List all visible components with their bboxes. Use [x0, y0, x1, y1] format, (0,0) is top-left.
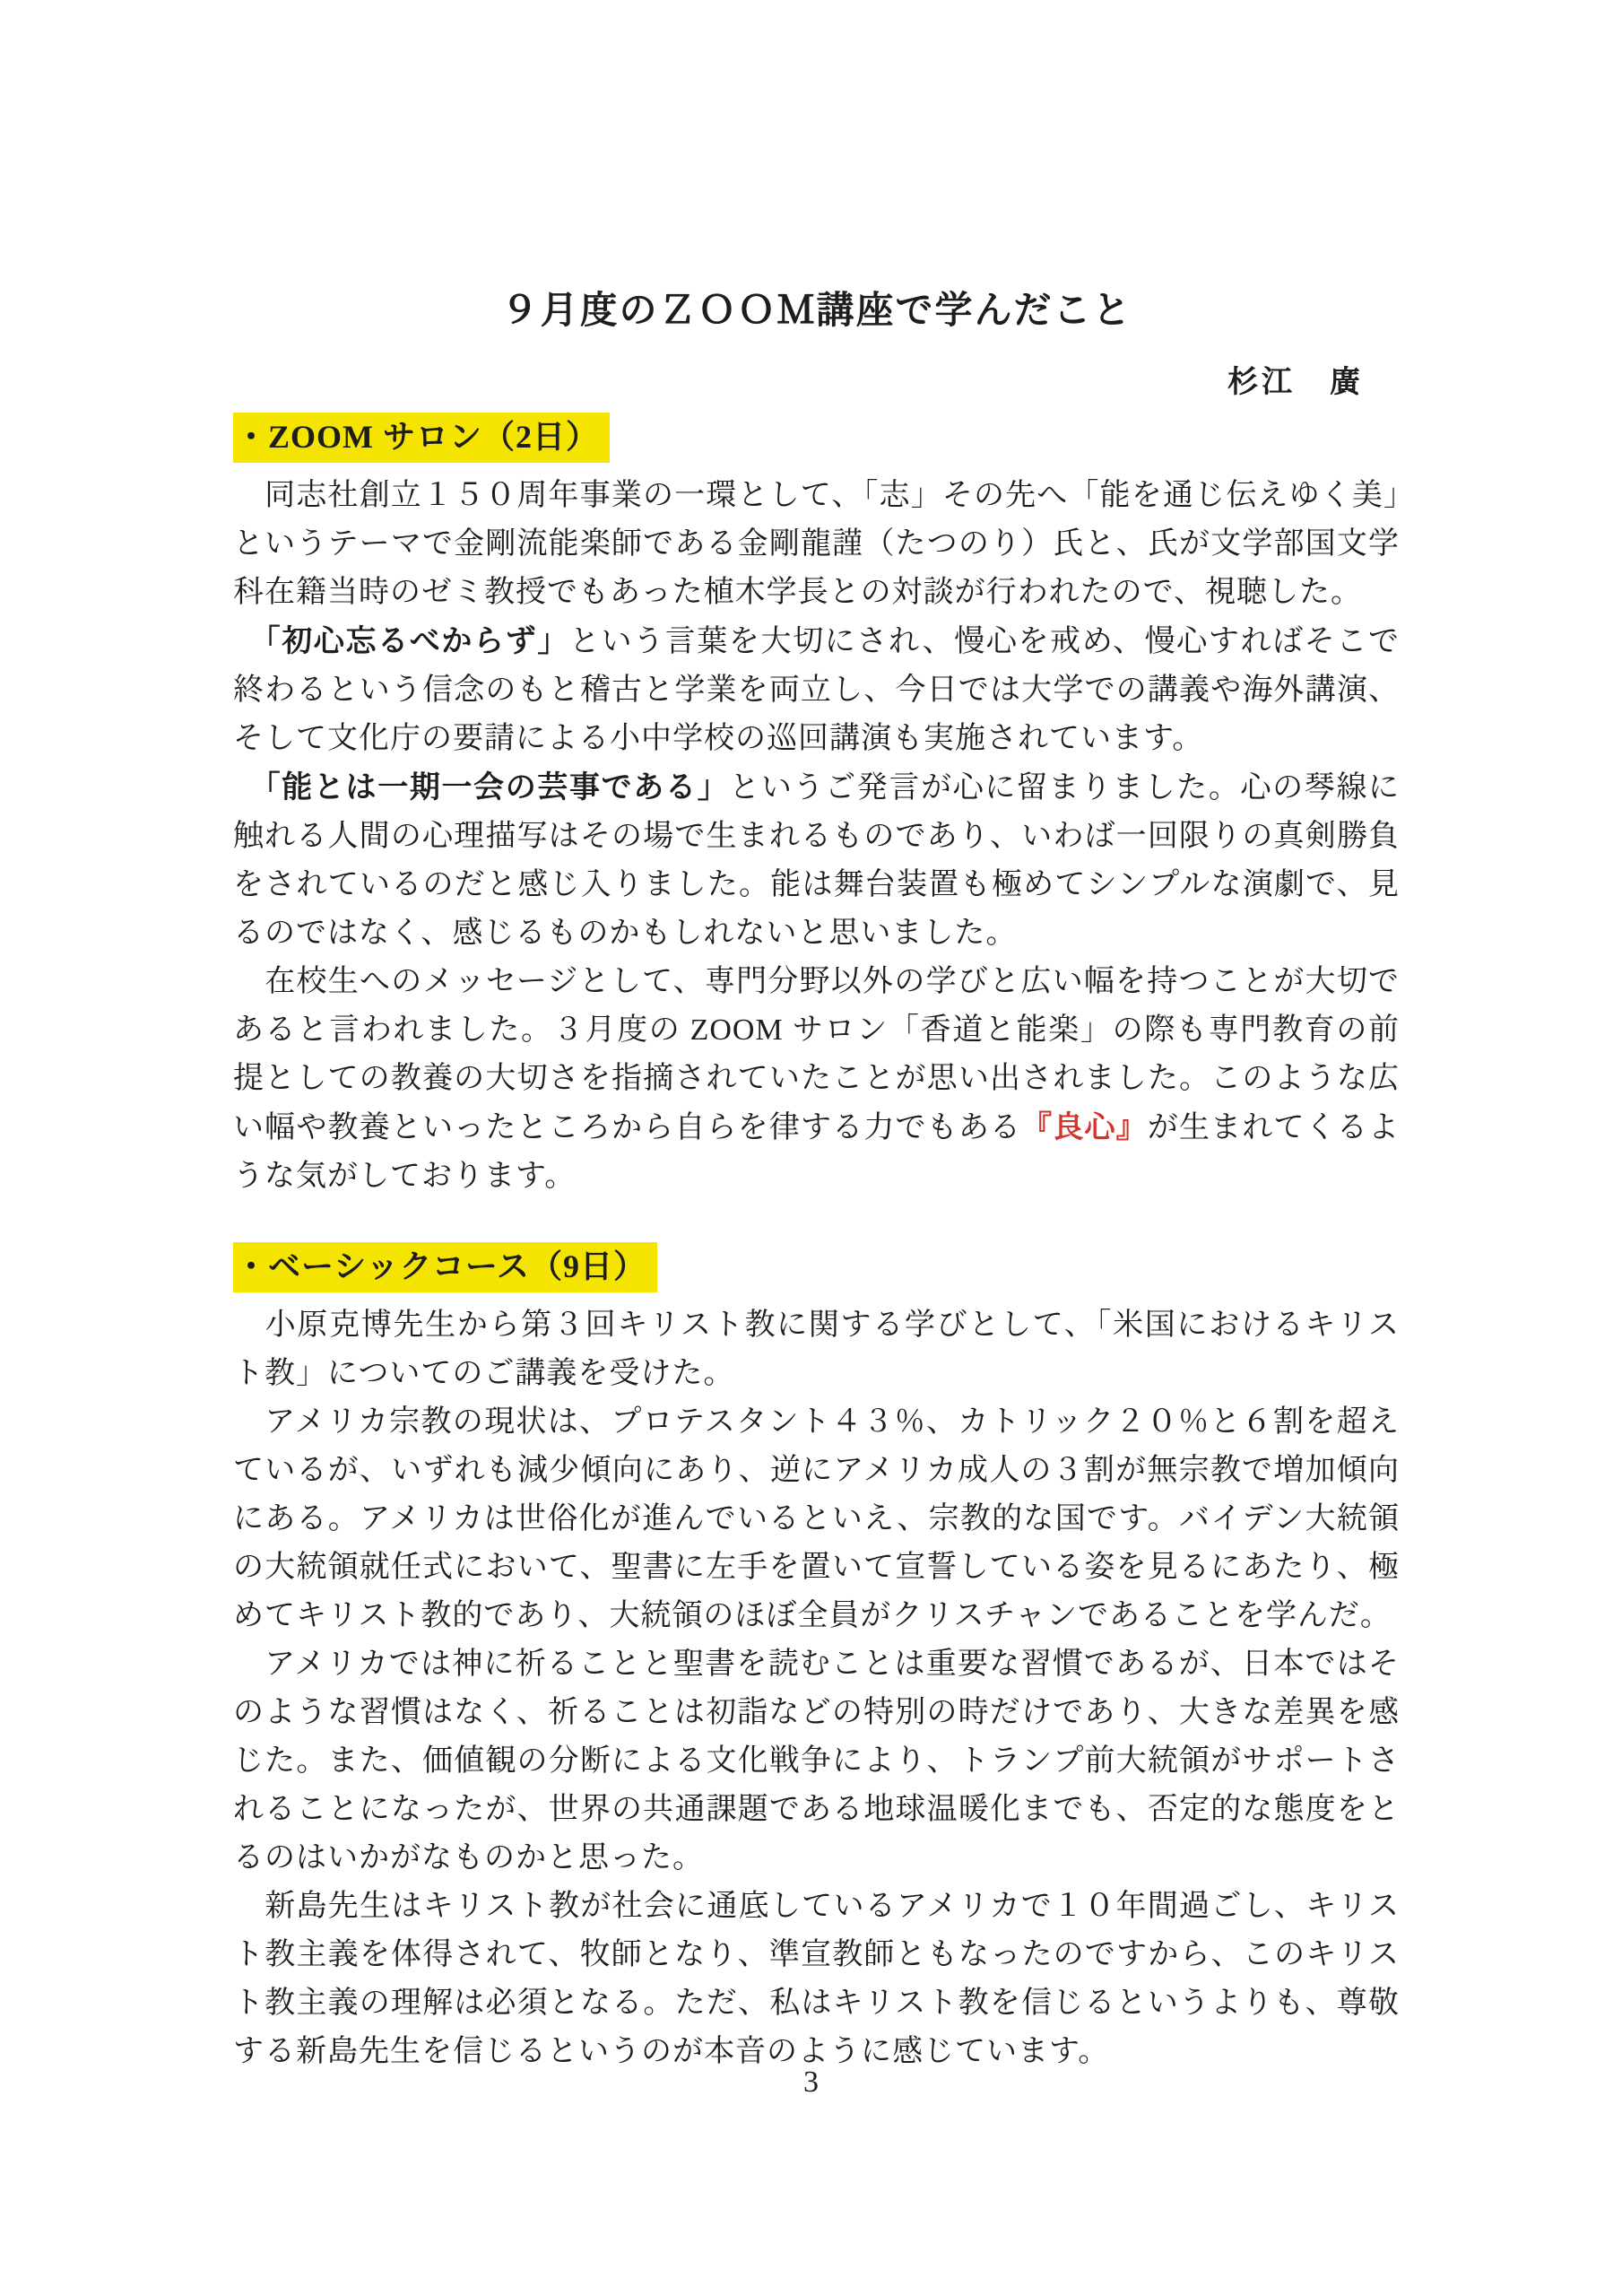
text-run: アメリカ宗教の現状は、プロテスタント４３％、カトリック２０％と６割を超えているが… [233, 1405, 1400, 1632]
section-heading-row: ・ZOOM サロン（2日） [233, 413, 1400, 463]
paragraph: アメリカ宗教の現状は、プロテスタント４３％、カトリック２０％と６割を超えているが… [233, 1398, 1400, 1640]
text-run: アメリカでは神に祈ることと聖書を読むことは重要な習慣であるが、日本ではそのような… [233, 1648, 1400, 1874]
document-page: ９月度のＺＯＯＭ講座で学んだこと 杉江 廣 ・ZOOM サロン（2日） 同志社創… [0, 0, 1622, 2296]
paragraph: アメリカでは神に祈ることと聖書を読むことは重要な習慣であるが、日本ではそのような… [233, 1640, 1400, 1883]
text-run: 新島先生はキリスト教が社会に通底しているアメリカで１０年間過ごし、キリスト教主義… [233, 1890, 1400, 2068]
paragraph: 「初心忘るべからず」という言葉を大切にされ、慢心を戒め、慢心すればそこで終わると… [233, 617, 1400, 763]
section-heading: ・ZOOM サロン（2日） [233, 413, 610, 463]
text-run: 同志社創立１５０周年事業の一環として、「志」その先へ「能を通じ伝えゆく美」という… [233, 479, 1400, 609]
page-title: ９月度のＺＯＯＭ講座で学んだこと [233, 0, 1400, 332]
text-run [233, 625, 265, 658]
author-name: 杉江 廣 [233, 364, 1400, 400]
paragraph: 「能とは一期一会の芸事である」というご発言が心に留まりました。心の琴線に触れる人… [233, 763, 1400, 958]
section-heading-row: ・ベーシックコース（9日） [233, 1242, 1400, 1292]
paragraph: 同志社創立１５０周年事業の一環として、「志」その先へ「能を通じ伝えゆく美」という… [233, 472, 1400, 617]
emphasis-red-run: 『良心』 [1021, 1110, 1148, 1144]
paragraph: 在校生へのメッセージとして、専門分野以外の学びと広い幅を持つことが大切であると言… [233, 958, 1400, 1201]
section: ・ベーシックコース（9日） 小原克博先生から第３回キリスト教に関する学びとして、… [233, 1242, 1400, 2076]
paragraph: 新島先生はキリスト教が社会に通底しているアメリカで１０年間過ごし、キリスト教主義… [233, 1883, 1400, 2076]
section: ・ZOOM サロン（2日） 同志社創立１５０周年事業の一環として、「志」その先へ… [233, 413, 1400, 1201]
emphasis-bold-run: 「能とは一期一会の芸事である」 [265, 770, 730, 804]
emphasis-bold-run: 「初心忘るべからず」 [265, 624, 569, 658]
text-run [233, 771, 265, 804]
document-body: ・ZOOM サロン（2日） 同志社創立１５０周年事業の一環として、「志」その先へ… [233, 413, 1400, 2076]
text-run: 小原克博先生から第３回キリスト教に関する学びとして、「米国におけるキリスト教」に… [233, 1309, 1400, 1390]
paragraph: 小原克博先生から第３回キリスト教に関する学びとして、「米国におけるキリスト教」に… [233, 1301, 1400, 1398]
section-heading: ・ベーシックコース（9日） [233, 1242, 657, 1292]
page-number: 3 [0, 2065, 1622, 2100]
document-content: ９月度のＺＯＯＭ講座で学んだこと 杉江 廣 ・ZOOM サロン（2日） 同志社創… [0, 0, 1622, 2076]
